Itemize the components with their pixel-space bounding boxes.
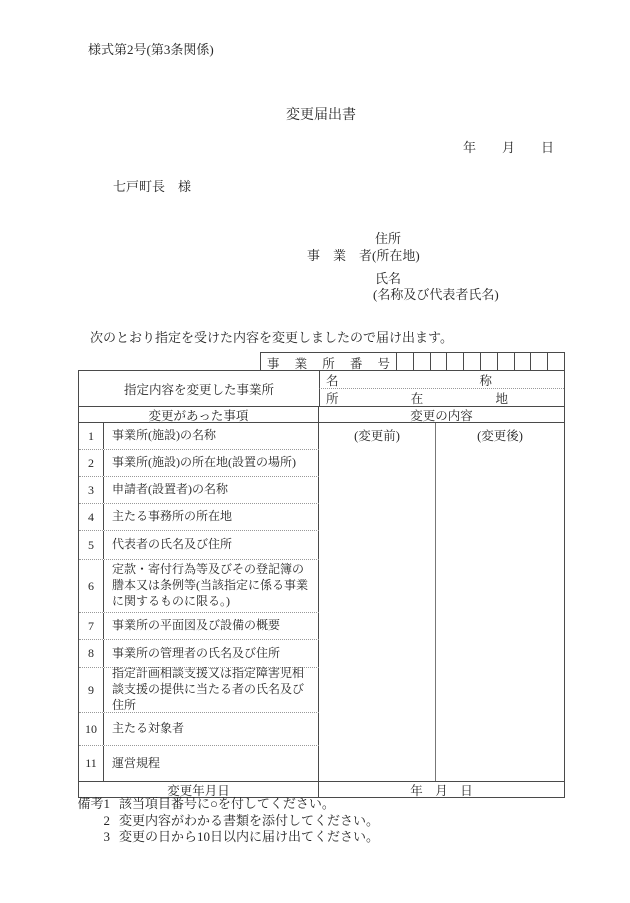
row-label: 事業所(施設)の名称 <box>104 423 319 449</box>
row-label: 指定計画相談支援又は指定障害児相談支援の提供に当たる者の氏名及び住所 <box>104 668 319 712</box>
row-label: 事業所(施設)の所在地(設置の場所) <box>104 450 319 476</box>
office-number-box <box>530 353 547 371</box>
note-number: 2 <box>64 813 110 830</box>
content-header: 変更の内容 <box>319 407 564 422</box>
table-row: 4 主たる事務所の所在地 <box>79 504 319 531</box>
table-header-row: 変更があった事項 変更の内容 <box>79 407 564 423</box>
office-number-box <box>396 353 413 371</box>
row-label: 主たる事務所の所在地 <box>104 504 319 530</box>
office-number-label: 事業所番号 <box>261 353 396 371</box>
row-label: 運営規程 <box>104 746 319 781</box>
row-number: 1 <box>79 423 104 449</box>
office-number-box <box>497 353 514 371</box>
row-number: 7 <box>79 613 104 639</box>
note-line: 2 変更内容がわかる書類を添付してください。 <box>64 813 379 830</box>
note-text: 変更内容がわかる書類を添付してください。 <box>119 813 379 830</box>
after-column: (変更後) <box>436 423 564 781</box>
date-line: 年 月 日 <box>463 137 554 156</box>
office-number-box <box>480 353 497 371</box>
items-header: 変更があった事項 <box>79 407 319 422</box>
office-section-label: 指定内容を変更した事業所 <box>79 371 319 407</box>
row-number: 9 <box>79 668 104 712</box>
row-label: 事業所の平面図及び設備の概要 <box>104 613 319 639</box>
note-number: 備考1 <box>64 796 110 813</box>
applicant-name-sub-label: (名称及び代表者氏名) <box>373 284 499 303</box>
declaration-text: 次のとおり指定を受けた内容を変更しましたので届け出ます。 <box>90 327 453 346</box>
row-label: 事業所の管理者の氏名及び住所 <box>104 640 319 667</box>
row-number: 10 <box>79 713 104 745</box>
row-number: 5 <box>79 531 104 559</box>
row-label: 代表者の氏名及び住所 <box>104 531 319 559</box>
note-text: 該当項目番号に○を付してください。 <box>119 796 335 813</box>
row-label: 申請者(設置者)の名称 <box>104 477 319 503</box>
note-text: 変更の日から10日以内に届け出てください。 <box>119 829 379 846</box>
table-main-block: 指定内容を変更した事業所 名称 所在地 変更があった事項 変更の内容 1 事業所… <box>78 370 565 798</box>
row-number: 8 <box>79 640 104 667</box>
form-page: 様式第2号(第3条関係) 変更届出書 年 月 日 七戸町長 様 住所 事 業 者… <box>0 0 630 903</box>
row-label: 定款・寄付行為等及びその登記簿の謄本又は条例等(当該指定に係る事業に関するものに… <box>104 560 319 612</box>
page-title: 変更届出書 <box>286 104 356 124</box>
table-row: 9 指定計画相談支援又は指定障害児相談支援の提供に当たる者の氏名及び住所 <box>79 668 319 713</box>
office-number-box <box>446 353 463 371</box>
addressee: 七戸町長 様 <box>113 176 191 195</box>
row-number: 11 <box>79 746 104 781</box>
office-number-row: 事業所番号 <box>260 352 565 371</box>
change-content-panel: (変更前) (変更後) <box>319 423 564 781</box>
table-row: 10 主たる対象者 <box>79 713 319 746</box>
table-row: 3 申請者(設置者)の名称 <box>79 477 319 504</box>
row-number: 6 <box>79 560 104 612</box>
row-number: 2 <box>79 450 104 476</box>
row-number: 3 <box>79 477 104 503</box>
office-number-box <box>463 353 480 371</box>
notes: 備考1 該当項目番号に○を付してください。 2 変更内容がわかる書類を添付してく… <box>64 796 379 846</box>
table-row: 2 事業所(施設)の所在地(設置の場所) <box>79 450 319 477</box>
office-number-box <box>413 353 430 371</box>
table-row: 1 事業所(施設)の名称 <box>79 423 319 450</box>
applicant-entity-label: 事 業 者(所在地) <box>307 245 420 264</box>
note-number: 3 <box>64 829 110 846</box>
before-column: (変更前) <box>319 423 436 781</box>
office-address-label: 所在地 <box>320 389 508 407</box>
change-notification-table: 事業所番号 指定内容を変更した事業所 名称 所在地 <box>78 352 565 798</box>
office-number-boxes <box>396 353 564 371</box>
change-date-row: 変更年月日 年 月 日 <box>79 781 564 797</box>
office-number-box <box>547 353 564 371</box>
note-line: 備考1 該当項目番号に○を付してください。 <box>64 796 379 813</box>
note-line: 3 変更の日から10日以内に届け出てください。 <box>64 829 379 846</box>
office-number-box <box>514 353 531 371</box>
table-row: 7 事業所の平面図及び設備の概要 <box>79 613 319 640</box>
change-date-value: 年 月 日 <box>319 782 564 797</box>
office-number-box <box>430 353 447 371</box>
table-row: 5 代表者の氏名及び住所 <box>79 531 319 560</box>
table-row: 11 運営規程 <box>79 746 319 781</box>
office-name-row: 名称 <box>319 371 564 389</box>
table-row: 8 事業所の管理者の氏名及び住所 <box>79 640 319 668</box>
row-label: 主たる対象者 <box>104 713 319 745</box>
table-row: 6 定款・寄付行為等及びその登記簿の謄本又は条例等(当該指定に係る事業に関するも… <box>79 560 319 613</box>
change-date-label: 変更年月日 <box>79 782 319 797</box>
changed-items-list: 1 事業所(施設)の名称 2 事業所(施設)の所在地(設置の場所) 3 申請者(… <box>79 423 319 781</box>
row-number: 4 <box>79 504 104 530</box>
office-name-label: 名称 <box>320 371 492 389</box>
form-number: 様式第2号(第3条関係) <box>88 39 214 58</box>
office-address-row: 所在地 <box>319 389 564 407</box>
